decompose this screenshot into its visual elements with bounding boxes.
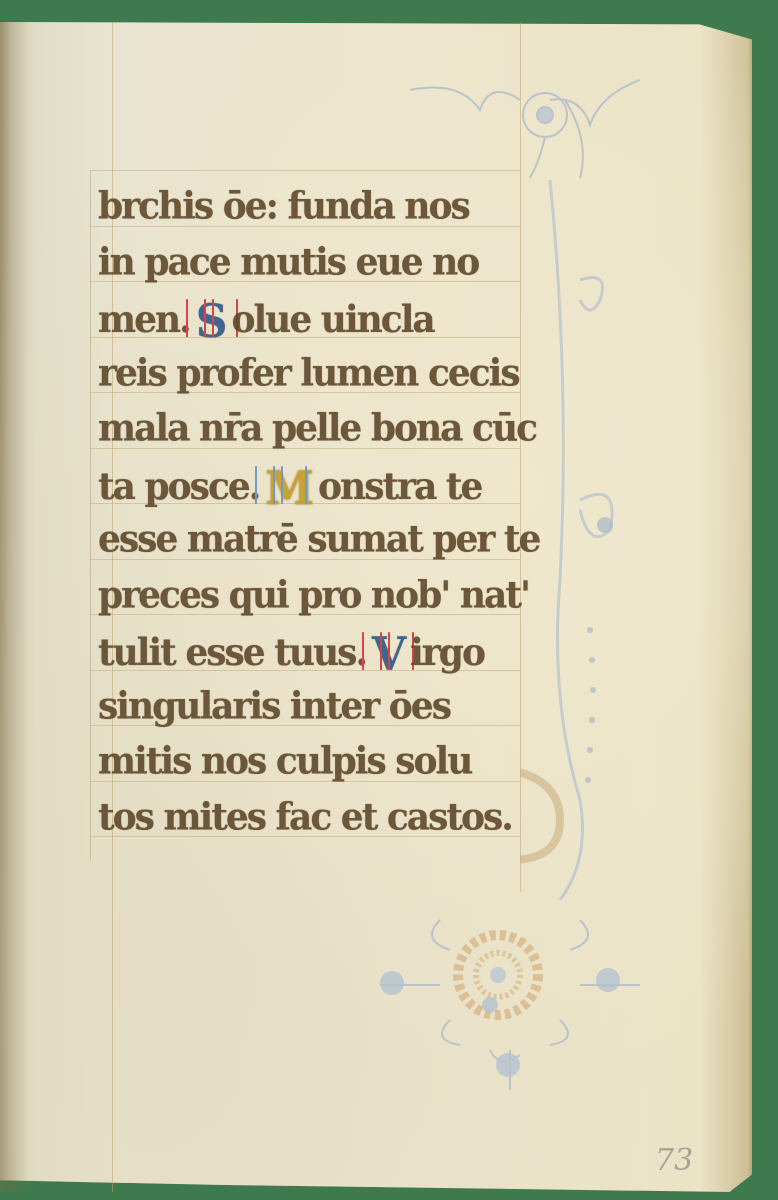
penwork-stroke xyxy=(255,466,257,504)
text-line: tulit esse tuus.Virgo xyxy=(98,628,484,682)
ruling-vertical-inner-left xyxy=(90,170,91,860)
text-line: esse matrē sumat per te xyxy=(98,517,539,561)
penwork-stroke xyxy=(204,299,206,337)
text-line: mala nr̄a pelle bona cūc xyxy=(98,406,536,450)
ruling-vertical-right xyxy=(520,22,521,892)
text-line: ta posce.Monstra te xyxy=(98,462,481,516)
text-line-content: tos mites fac et castos. xyxy=(98,795,512,839)
penwork-stroke xyxy=(388,632,390,670)
text-line: mitis nos culpis solu xyxy=(98,739,471,783)
text-line-content: ta posce. xyxy=(98,463,259,507)
text-line: preces qui pro nob' nat' xyxy=(98,573,529,617)
text-line: men.Solue uincla xyxy=(98,295,434,349)
text-line-content: mala nr̄a pelle bona cūc xyxy=(98,406,536,450)
penwork-stroke xyxy=(362,632,364,670)
decorated-initial-s: S xyxy=(196,295,226,349)
text-line-content: brchis ōe: funda nos xyxy=(98,184,469,228)
text-line-content: tulit esse tuus. xyxy=(98,630,366,674)
text-line: brchis ōe: funda nos xyxy=(98,184,469,228)
text-line-content: singularis inter ōes xyxy=(98,684,450,728)
text-line: tos mites fac et castos. xyxy=(98,795,512,839)
text-line: in pace mutis eue no xyxy=(98,240,478,284)
ruling-horizontal xyxy=(90,170,520,171)
text-line-content: men. xyxy=(98,297,190,341)
penwork-stroke xyxy=(281,466,283,504)
text-line: reis profer lumen cecis xyxy=(98,351,519,395)
text-line-content: preces qui pro nob' nat' xyxy=(98,573,529,617)
text-line-content: onstra te xyxy=(318,463,481,507)
penwork-stroke xyxy=(186,299,188,337)
folio-number: 73 xyxy=(655,1143,693,1178)
decorated-initial-m: M xyxy=(265,462,312,516)
penwork-stroke xyxy=(380,632,382,670)
text-line-content: in pace mutis eue no xyxy=(98,240,478,284)
penwork-stroke xyxy=(273,466,275,504)
decorated-initial-v: V xyxy=(372,628,404,682)
text-line-content: olue uincla xyxy=(231,297,433,341)
text-line-content: reis profer lumen cecis xyxy=(98,351,519,395)
penwork-stroke xyxy=(305,466,307,504)
penwork-stroke xyxy=(212,299,214,337)
text-line: singularis inter ōes xyxy=(98,684,450,728)
text-line-content: mitis nos culpis solu xyxy=(98,739,471,783)
initial-letter: S xyxy=(196,295,226,349)
text-line-content: irgo xyxy=(410,630,484,674)
text-line-content: esse matrē sumat per te xyxy=(98,517,539,561)
